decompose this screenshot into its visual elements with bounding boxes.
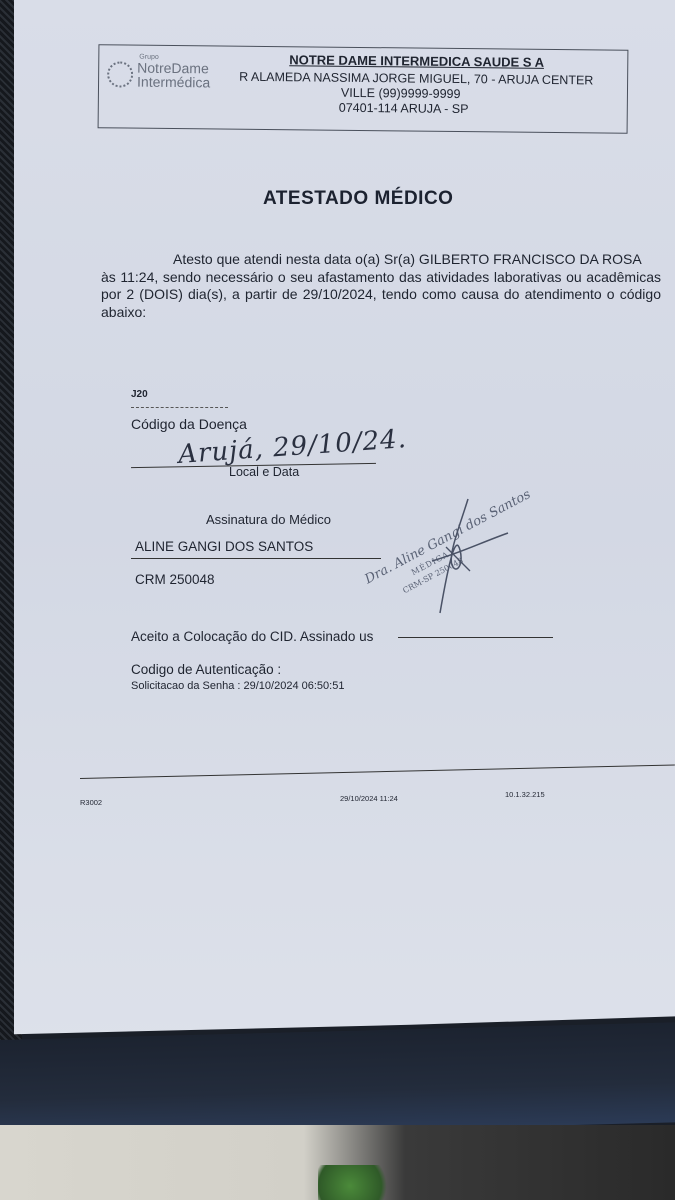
body-rest: às 11:24, sendo necessário o seu afastam… bbox=[101, 269, 661, 322]
plant bbox=[318, 1165, 398, 1200]
footer-divider bbox=[80, 765, 675, 779]
document-title: ATESTADO MÉDICO bbox=[263, 188, 453, 210]
address-line2: VILLE (99)9999-9999 bbox=[341, 86, 461, 101]
footer-form-code: R3002 bbox=[80, 798, 102, 807]
body-line1: Atesto que atendi nesta data o(a) Sr(a) … bbox=[101, 251, 661, 269]
footer-timestamp: 29/10/2024 11:24 bbox=[340, 794, 398, 803]
company-logo: Grupo NotreDame Intermédica bbox=[107, 53, 227, 94]
signature-icon bbox=[420, 495, 520, 615]
doctor-name: ALINE GANGI DOS SANTOS bbox=[135, 539, 313, 554]
address-line1: R ALAMEDA NASSIMA JORGE MIGUEL, 70 - ARU… bbox=[239, 70, 593, 88]
cid-signature-line bbox=[398, 637, 553, 638]
flower-logo-icon bbox=[107, 61, 133, 87]
divider bbox=[131, 407, 228, 408]
cid-acceptance: Aceito a Colocação do CID. Assinado us bbox=[131, 629, 373, 644]
certificate-body: Atesto que atendi nesta data o(a) Sr(a) … bbox=[101, 251, 661, 321]
disease-code: J20 bbox=[131, 389, 148, 400]
footer-ip-address: 10.1.32.215 bbox=[505, 790, 545, 799]
authentication-code-label: Codigo de Autenticação : bbox=[131, 662, 281, 677]
letterhead: Grupo NotreDame Intermédica NOTRE DAME I… bbox=[98, 44, 629, 134]
address-line3: 07401-114 ARUJA - SP bbox=[339, 101, 469, 116]
doctor-crm: CRM 250048 bbox=[135, 572, 215, 587]
logo-text-line2: Intermédica bbox=[137, 75, 210, 90]
doctor-signature-label: Assinatura do Médico bbox=[206, 512, 331, 527]
medical-certificate: Grupo NotreDame Intermédica NOTRE DAME I… bbox=[0, 0, 675, 1050]
place-date-label: Local e Data bbox=[229, 465, 299, 479]
company-name: NOTRE DAME INTERMEDICA SAUDE S A bbox=[289, 52, 544, 70]
password-request: Solicitacao da Senha : 29/10/2024 06:50:… bbox=[131, 680, 344, 692]
signature-line bbox=[131, 558, 381, 559]
disease-code-label: Código da Doença bbox=[131, 416, 247, 432]
